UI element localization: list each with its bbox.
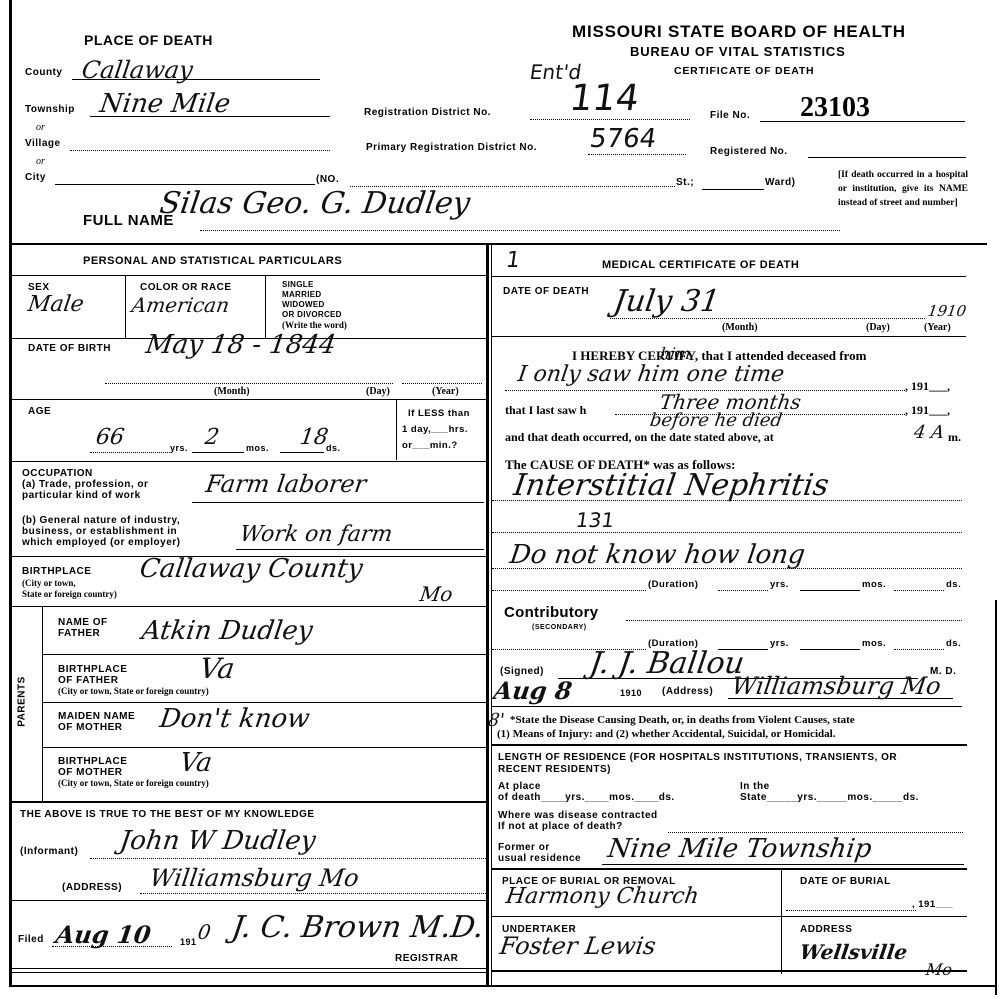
sex-value[interactable]: Male <box>26 292 85 317</box>
former-line-2: usual residence <box>498 853 581 864</box>
in-state-line-2: State_____yrs._____mos._____ds. <box>740 792 919 803</box>
row-divider-6 <box>12 801 486 803</box>
occurred-m: m. <box>948 430 961 445</box>
marital-note: (Write the word) <box>282 320 347 330</box>
attended-value[interactable]: I only saw him one time <box>516 362 786 387</box>
personal-heading: PERSONAL AND STATISTICAL PARTICULARS <box>83 255 342 267</box>
place-of-death-heading: PLACE OF DEATH <box>84 32 213 48</box>
ward-line <box>702 189 764 190</box>
mother-name-label-1: MAIDEN NAME <box>58 711 135 722</box>
father-name-label-2: FATHER <box>58 628 100 639</box>
occupation-b-line1: (b) General nature of industry, <box>22 515 180 526</box>
filed-date-value[interactable]: Aug 10 <box>54 920 153 949</box>
signed-date[interactable]: Aug 8 <box>492 676 574 705</box>
burial-date-year: , 191___ <box>912 899 953 910</box>
marital-divorced: OR DIVORCED <box>282 310 342 320</box>
race-label: COLOR OR RACE <box>140 282 232 293</box>
birthplace-sub-1: (City or town, <box>22 578 76 588</box>
mother-birthplace-sub: (City or town, State or foreign country) <box>58 778 209 788</box>
less-than-divider <box>396 400 397 460</box>
informant-value[interactable]: John W Dudley <box>118 826 318 856</box>
duration-ds-line-1 <box>894 590 944 591</box>
dod-day-caption: (Day) <box>866 322 890 333</box>
burial-address-value[interactable]: Wellsville <box>798 940 909 964</box>
township-label: Township <box>25 104 75 115</box>
registration-district-label: Registration District No. <box>364 107 491 118</box>
occupation-label: OCCUPATION <box>22 468 93 479</box>
former-line <box>602 864 964 865</box>
duration-mos-2: mos. <box>862 638 886 649</box>
cause-line-2 <box>492 532 962 533</box>
row-divider-3 <box>12 461 486 462</box>
occupation-a-line1: (a) Trade, profession, or <box>22 479 148 490</box>
row-divider-5 <box>12 606 486 607</box>
at-place-line-2: of death____yrs.____mos.____ds. <box>498 792 675 803</box>
cause-line-3 <box>492 568 962 569</box>
cause-value[interactable]: Interstitial Nephritis <box>512 468 831 503</box>
birthplace-sub-2: State or foreign country) <box>22 589 117 599</box>
informant-line <box>90 858 486 859</box>
bureau-title: BUREAU OF VITAL STATISTICS <box>630 44 846 59</box>
duration-mos-line-1 <box>800 590 860 591</box>
year-blank-1: , 191___, <box>905 379 950 394</box>
medical-heading: MEDICAL CERTIFICATE OF DEATH <box>602 259 799 271</box>
medical-row-2 <box>492 706 962 707</box>
footnote-line-1: *State the Disease Causing Death, or, in… <box>510 714 855 726</box>
father-birthplace-label-2: OF FATHER <box>58 675 118 686</box>
st-label: St.; <box>676 177 694 188</box>
marital-married: MARRIED <box>282 290 321 300</box>
informant-label: (Informant) <box>20 846 78 857</box>
duration-label-1: (Duration) <box>648 579 698 590</box>
registrar-label: REGISTRAR <box>395 953 458 964</box>
center-divider <box>486 245 489 985</box>
village-line <box>70 150 330 151</box>
board-title: MISSOURI STATE BOARD OF HEALTH <box>572 22 906 42</box>
sex-race-divider <box>125 276 126 338</box>
certificate-title: CERTIFICATE OF DEATH <box>674 65 814 77</box>
occupation-b-value[interactable]: Work on farm <box>238 522 394 547</box>
age-ds-label: ds. <box>326 443 341 453</box>
registrar-signature[interactable]: J. C. Brown M.D. <box>230 910 486 945</box>
age-years[interactable]: 66 <box>94 425 126 450</box>
occupation-b-line3: which employed (or employer) <box>22 537 180 548</box>
dod-month-caption: (Month) <box>722 322 758 333</box>
mother-name-label-2: OF MOTHER <box>58 722 123 733</box>
city-label: City <box>25 172 46 183</box>
in-state-line-1: In the <box>740 781 770 792</box>
parents-row-3 <box>42 747 486 748</box>
file-no-label: File No. <box>710 110 750 121</box>
primary-district-label: Primary Registration District No. <box>366 142 537 153</box>
contributory-label: Contributory <box>504 604 598 621</box>
full-name-value[interactable]: Silas Geo. G. Dudley <box>158 186 473 221</box>
right-border <box>995 600 997 995</box>
duration-yrs-1: yrs. <box>770 579 789 590</box>
less-than-line-3: or___min.? <box>402 440 458 451</box>
death-certificate: PLACE OF DEATH County Callaway Township … <box>0 0 1000 999</box>
registered-no-label: Registered No. <box>710 146 788 157</box>
year-blank-2: , 191___, <box>905 403 950 418</box>
age-months[interactable]: 2 <box>203 425 221 450</box>
dob-label: DATE OF BIRTH <box>28 343 111 354</box>
hospital-note: [If death occurred in a hospital or inst… <box>838 168 968 210</box>
mother-birthplace-label-1: BIRTHPLACE <box>58 756 127 767</box>
undertaker-value[interactable]: Foster Lewis <box>498 932 658 960</box>
burial-date-line <box>786 910 916 911</box>
dod-line <box>610 318 925 319</box>
contributory-line <box>626 620 962 621</box>
father-name-value[interactable]: Atkin Dudley <box>140 616 315 646</box>
row-divider-8b <box>12 972 486 973</box>
dod-year[interactable]: 1910 <box>927 302 968 320</box>
occupation-a-line <box>192 502 484 503</box>
mother-birthplace-label-2: OF MOTHER <box>58 767 123 778</box>
or-label-1: or <box>36 122 45 133</box>
row-divider-2 <box>12 399 486 400</box>
father-name-label-1: NAME OF <box>58 617 108 628</box>
at-place-line-1: At place <box>498 781 541 792</box>
medical-row-1 <box>492 336 966 337</box>
address-value[interactable]: Williamsburg Mo <box>730 672 943 700</box>
cause-code: 131 <box>574 508 616 532</box>
occurred-label: and that death occurred, on the date sta… <box>505 430 774 445</box>
age-yrs-label: yrs. <box>170 443 188 453</box>
header-divider <box>12 243 987 245</box>
birthplace-value-2[interactable]: Mo <box>418 582 454 606</box>
county-label: County <box>25 67 62 78</box>
residence-heading-1: LENGTH OF RESIDENCE (FOR HOSPITALS INSTI… <box>498 752 897 763</box>
left-border <box>9 0 12 985</box>
parents-row-2 <box>42 702 486 703</box>
dod-label: DATE OF DEATH <box>503 286 589 297</box>
address-label: (Address) <box>662 686 713 697</box>
signed-value[interactable]: J. J. Ballou <box>588 646 747 681</box>
father-birthplace-sub: (City or town, State or foreign country) <box>58 686 209 696</box>
occupation-b-line <box>236 549 484 550</box>
duration-mos-1: mos. <box>862 579 886 590</box>
dob-month-caption: (Month) <box>214 386 250 397</box>
row-divider-7 <box>12 900 486 901</box>
race-marital-divider <box>265 276 266 338</box>
burial-date-label: DATE OF BURIAL <box>800 876 891 887</box>
medical-row-5 <box>492 916 967 917</box>
duration-line-1 <box>492 590 646 591</box>
row-divider-8 <box>12 968 486 969</box>
less-than-line-1: If LESS than <box>408 408 470 419</box>
occurred-value[interactable]: 4 A <box>913 422 946 443</box>
footnote-line-2: (1) Means of Injury: and (2) whether Acc… <box>497 728 835 740</box>
dob-value[interactable]: May 18 - 1844 <box>144 330 338 360</box>
attended-above: him <box>659 344 692 363</box>
secondary-label: (SECONDARY) <box>532 624 587 631</box>
contracted-line-2: If not at place of death? <box>498 821 623 832</box>
or-label-2: or <box>36 156 45 167</box>
primary-district-value[interactable]: 5764 <box>588 124 658 154</box>
parents-row-1 <box>42 654 486 655</box>
dod-year-caption: (Year) <box>924 322 951 333</box>
medical-row-3 <box>492 744 967 746</box>
marital-single: SINGLE <box>282 280 314 290</box>
medical-row-6 <box>492 970 967 972</box>
registration-district-value[interactable]: 114 <box>567 78 641 119</box>
race-value[interactable]: American <box>130 293 231 317</box>
mother-birthplace-value[interactable]: Va <box>178 748 214 778</box>
filed-date-line <box>52 946 172 947</box>
dob-day-caption: (Day) <box>366 386 390 397</box>
last-saw-label: that I last saw h <box>505 403 586 418</box>
birthplace-value[interactable]: Callaway County <box>138 554 365 584</box>
informant-heading: THE ABOVE IS TRUE TO THE BEST OF MY KNOW… <box>20 809 315 820</box>
burial-place-value[interactable]: Harmony Church <box>504 884 700 909</box>
occupation-b-line2: business, or establishment in <box>22 526 177 537</box>
full-name-line <box>200 230 840 231</box>
dod-value[interactable]: July 31 <box>612 284 723 319</box>
age-mos-label: mos. <box>246 443 269 453</box>
bottom-border <box>9 985 997 987</box>
registration-district-line <box>530 119 690 120</box>
duration-yrs-2: yrs. <box>770 638 789 649</box>
age-years-line <box>90 452 170 453</box>
village-label: Village <box>25 138 61 149</box>
contracted-line <box>668 832 963 833</box>
filed-year-suffix[interactable]: 0 <box>196 920 212 944</box>
filed-label: Filed <box>18 934 44 945</box>
parents-side-label: PARENTS <box>17 672 28 732</box>
cause-value-2[interactable]: Do not know how long <box>508 540 807 570</box>
file-no-value[interactable]: 23103 <box>800 92 870 124</box>
birthplace-label: BIRTHPLACE <box>22 566 91 577</box>
age-label: AGE <box>28 406 51 417</box>
father-birthplace-label-1: BIRTHPLACE <box>58 664 127 675</box>
father-birthplace-value[interactable]: Va <box>198 652 237 685</box>
center-divider-thin <box>491 245 492 985</box>
contracted-line-1: Where was disease contracted <box>498 810 658 821</box>
mother-name-value[interactable]: Don't know <box>158 704 312 734</box>
residence-heading-2: RECENT RESIDENTS) <box>498 764 611 775</box>
duration-ds-2: ds. <box>946 638 961 649</box>
duration-ds-line-2 <box>894 649 944 650</box>
dob-year-caption: (Year) <box>432 386 459 397</box>
age-days-line <box>280 452 324 453</box>
medical-mark: 1 <box>504 248 522 273</box>
former-value[interactable]: Nine Mile Township <box>606 834 874 864</box>
occupation-a-line2: particular kind of work <box>22 490 141 501</box>
duration-ds-1: ds. <box>946 579 961 590</box>
county-value[interactable]: Callaway <box>80 56 195 84</box>
occupation-a-value[interactable]: Farm laborer <box>204 470 368 498</box>
signed-year: 1910 <box>620 688 642 698</box>
filed-year-prefix: 191 <box>180 937 197 947</box>
last-saw-value-2[interactable]: before he died <box>649 410 784 431</box>
personal-heading-line <box>12 275 486 276</box>
duration-yrs-line-1 <box>718 590 768 591</box>
duration-mos-line-2 <box>800 649 860 650</box>
burial-address-label: ADDRESS <box>800 924 852 935</box>
parents-divider <box>42 607 43 801</box>
medical-row-4 <box>492 868 967 870</box>
no-label: (NO. <box>316 174 339 185</box>
dob-year-line <box>402 383 482 384</box>
marital-widowed: WIDOWED <box>282 300 325 310</box>
former-line-1: Former or <box>498 842 550 853</box>
primary-district-line <box>588 154 686 155</box>
informant-address-line <box>140 893 486 894</box>
township-value[interactable]: Nine Mile <box>98 89 232 119</box>
informant-address-label: (ADDRESS) <box>62 882 122 893</box>
informant-address-value[interactable]: Williamsburg Mo <box>148 864 361 892</box>
burial-divider <box>781 870 782 974</box>
less-than-line-2: 1 day,___hrs. <box>402 424 468 435</box>
city-line <box>55 184 315 185</box>
ward-label: Ward) <box>765 177 795 188</box>
registered-no-line <box>808 157 966 158</box>
dob-line <box>105 383 393 384</box>
age-months-line <box>192 452 244 453</box>
medical-heading-line <box>492 276 966 277</box>
